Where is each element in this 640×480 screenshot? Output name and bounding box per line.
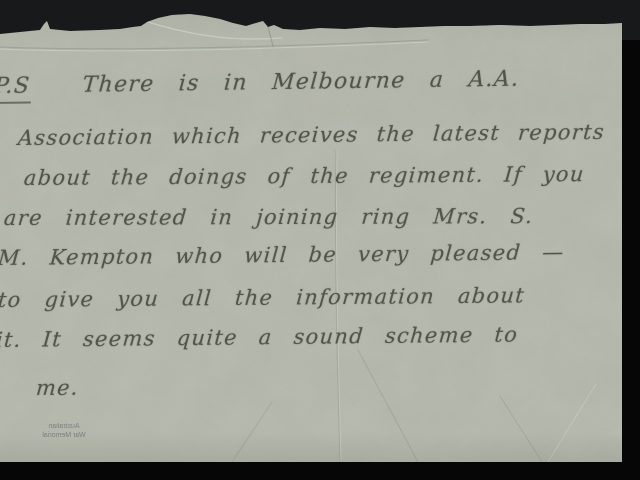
handwritten-line-6: to give you all the information about [0, 283, 526, 312]
war-memorial-stamp: Australian War Memorial [28, 422, 100, 440]
handwritten-line-1: P.S There is in Melbourne a A.A. [0, 67, 520, 99]
line-1-text: There is in Melbourne a A.A. [82, 67, 521, 98]
handwritten-line-2: Association which receives the latest re… [17, 120, 606, 150]
scanned-letter-page: P.S There is in Melbourne a A.A. Associa… [0, 0, 640, 480]
handwriting-layer: P.S There is in Melbourne a A.A. Associa… [0, 0, 640, 480]
handwritten-line-3: about the doings of the regiment. If you [23, 162, 586, 190]
handwritten-line-7: it. It seems quite a sound scheme to [0, 323, 519, 352]
handwritten-line-4: are interested in joining ring Mrs. S. [3, 204, 534, 230]
postscript-label: P.S [0, 73, 33, 104]
stamp-line-2: War Memorial [28, 431, 100, 440]
stamp-line-1: Australian [28, 422, 100, 431]
handwritten-line-8: me. [35, 376, 80, 400]
handwritten-line-5: M. Kempton who will be very pleased — [0, 240, 566, 270]
